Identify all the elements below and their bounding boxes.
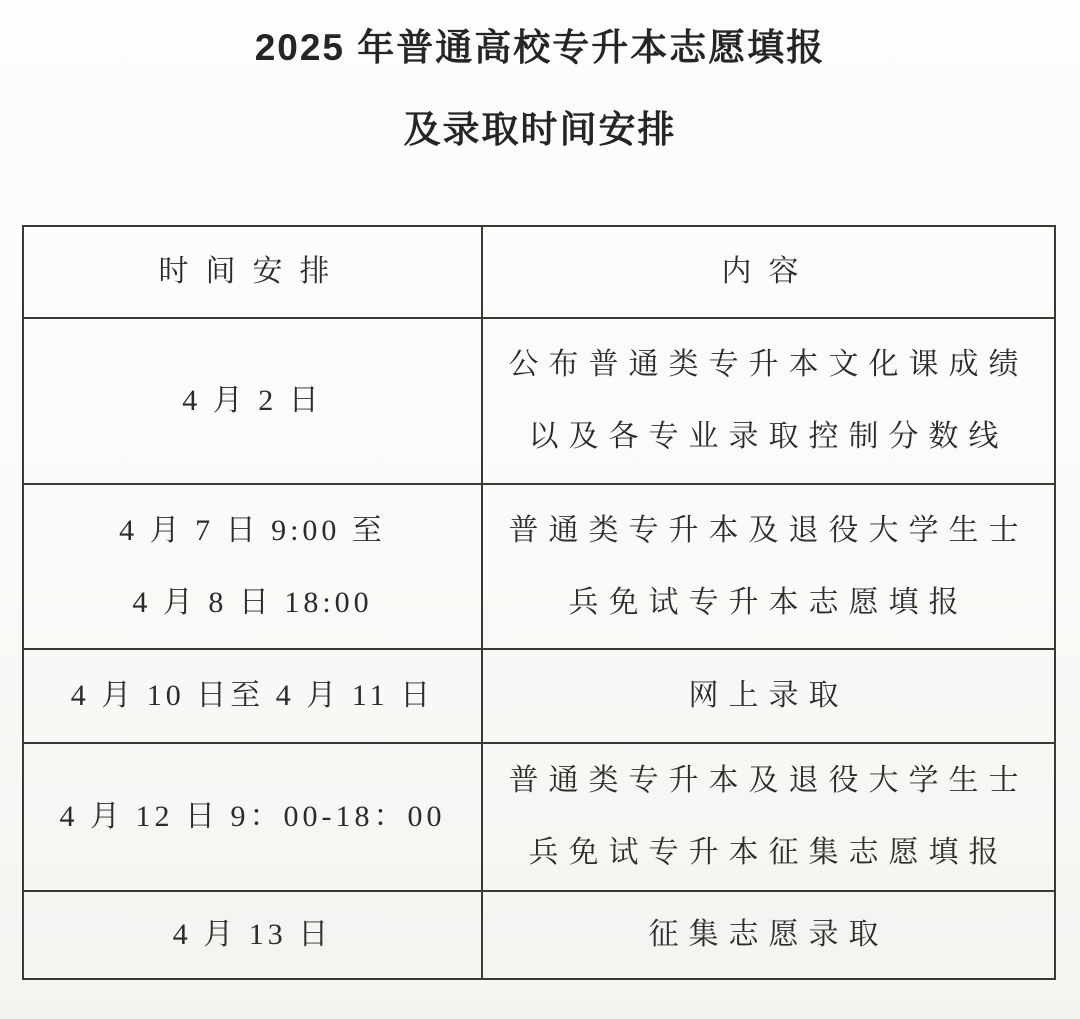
column-header-time-label: 时间安排 — [24, 253, 481, 291]
column-header-time: 时间安排 — [23, 226, 482, 318]
content-text: 征集志愿录取 — [483, 916, 1054, 954]
time-cell: 4 月 2 日 — [23, 318, 482, 484]
time-text: 4 月 2 日 — [24, 382, 481, 420]
content-cell: 公布普通类专升本文化课成绩 以及各专业录取控制分数线 — [482, 318, 1055, 484]
content-cell: 征集志愿录取 — [482, 891, 1055, 979]
table-header-row: 时间安排 内容 — [23, 226, 1055, 318]
time-cell: 4 月 10 日至 4 月 11 日 — [23, 649, 482, 743]
time-cell: 4 月 7 日 9:00 至 4 月 8 日 18:00 — [23, 484, 482, 649]
content-text-line: 兵免试专升本征集志愿填报 — [483, 834, 1054, 872]
content-text: 网上录取 — [483, 677, 1054, 715]
content-cell: 网上录取 — [482, 649, 1055, 743]
content-text-line: 普通类专升本及退役大学生士 — [483, 762, 1054, 800]
time-cell: 4 月 13 日 — [23, 891, 482, 979]
table-row-april-7-8: 4 月 7 日 9:00 至 4 月 8 日 18:00 普通类专升本及退役大学… — [23, 484, 1055, 649]
page-title-line-2: 及录取时间安排 — [0, 108, 1080, 152]
time-text-line: 4 月 7 日 9:00 至 — [24, 512, 481, 550]
document-page: 2025 年普通高校专升本志愿填报 及录取时间安排 时间安排 内容 4 月 2 … — [0, 0, 1080, 1019]
column-header-content: 内容 — [482, 226, 1055, 318]
time-text: 4 月 12 日 9：00-18：00 — [24, 798, 481, 836]
page-title-line-1: 2025 年普通高校专升本志愿填报 — [0, 26, 1080, 70]
content-text-line: 兵免试专升本志愿填报 — [483, 584, 1054, 622]
content-text-line: 公布普通类专升本文化课成绩 — [483, 346, 1054, 384]
schedule-table: 时间安排 内容 4 月 2 日 公布普通类专升本文化课成绩 以及各专业录取控制分… — [22, 225, 1056, 980]
time-text: 4 月 13 日 — [24, 916, 481, 954]
table-row-april-13: 4 月 13 日 征集志愿录取 — [23, 891, 1055, 979]
content-cell: 普通类专升本及退役大学生士 兵免试专升本志愿填报 — [482, 484, 1055, 649]
content-text-line: 以及各专业录取控制分数线 — [483, 418, 1054, 456]
content-cell: 普通类专升本及退役大学生士 兵免试专升本征集志愿填报 — [482, 743, 1055, 891]
time-cell: 4 月 12 日 9：00-18：00 — [23, 743, 482, 891]
content-text-line: 普通类专升本及退役大学生士 — [483, 512, 1054, 550]
table-row-april-2: 4 月 2 日 公布普通类专升本文化课成绩 以及各专业录取控制分数线 — [23, 318, 1055, 484]
time-text-line: 4 月 8 日 18:00 — [24, 584, 481, 622]
time-text: 4 月 10 日至 4 月 11 日 — [24, 677, 481, 715]
table-row-april-12: 4 月 12 日 9：00-18：00 普通类专升本及退役大学生士 兵免试专升本… — [23, 743, 1055, 891]
table-row-april-10-11: 4 月 10 日至 4 月 11 日 网上录取 — [23, 649, 1055, 743]
column-header-content-label: 内容 — [483, 253, 1054, 291]
